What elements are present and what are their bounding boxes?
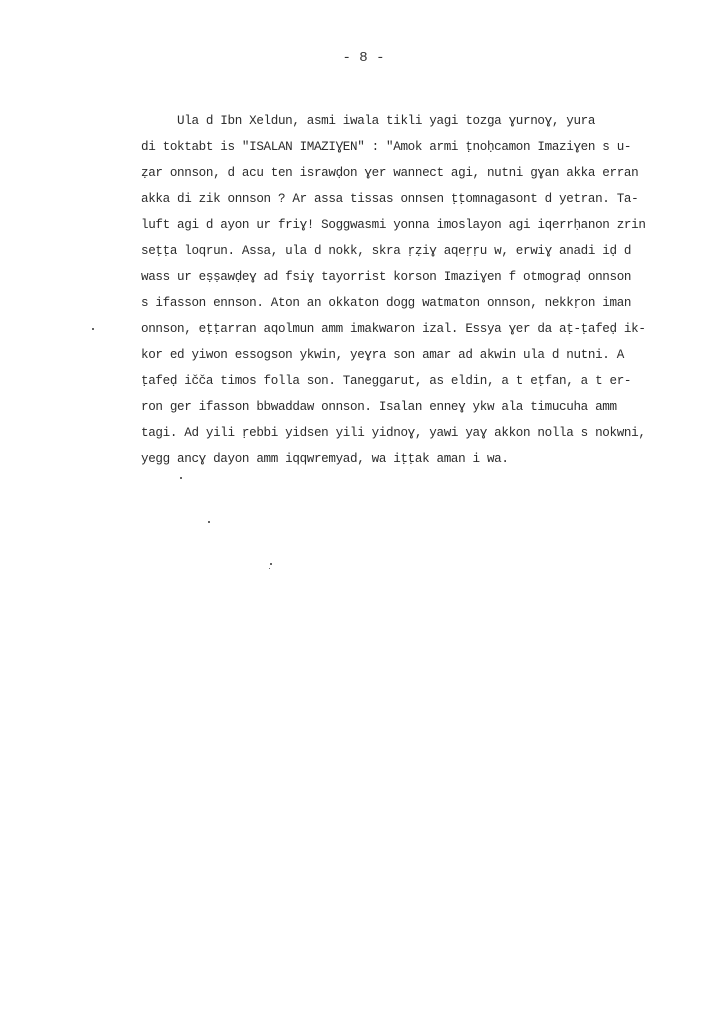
scan-speck [269, 568, 270, 569]
paragraph-line: ron ger ifasson bbwaddaw onnson. Isalan … [141, 394, 701, 420]
paragraph-line: luft agi d ayon ur friɣ! Soggwasmi yonna… [141, 212, 701, 238]
scan-speck [92, 328, 94, 330]
paragraph-line: wass ur eṣṣawḍeɣ ad fsiɣ tayorrist korso… [141, 264, 701, 290]
paragraph-line: kor ed yiwon essogson ykwin, yeɣra son a… [141, 342, 701, 368]
paragraph-line: ṭafeḍ iččа timos folla son. Taneggarut, … [141, 368, 701, 394]
paragraph-line: onnson, eṭṭarran aqolmun amm imakwaron i… [141, 316, 701, 342]
paragraph-line: Ula d Ibn Xeldun, asmi iwala tikli yagi … [141, 108, 701, 134]
page-number: - 8 - [0, 50, 727, 66]
scan-speck [180, 477, 182, 479]
typewritten-paragraph: Ula d Ibn Xeldun, asmi iwala tikli yagi … [141, 108, 701, 472]
paragraph-line: s ifasson ennson. Aton an okkaton dogg w… [141, 290, 701, 316]
paragraph-line: akka di zik onnson ? Ar assa tissas onns… [141, 186, 701, 212]
scan-speck [270, 563, 272, 565]
paragraph-line: yegg ancɣ dayon amm iqqwremyad, wa iṭṭak… [141, 446, 701, 472]
scan-speck [208, 521, 210, 523]
paragraph-line: di toktabt is "ISALAN IMAZIƔEN" : "Amok … [141, 134, 701, 160]
paragraph-line: ẓar onnson, d acu ten israwḍon ɣer wanne… [141, 160, 701, 186]
paragraph-line: tagi. Ad yili ṛebbi yidsen yili yidnoɣ, … [141, 420, 701, 446]
paragraph-line: seṭṭa loqrun. Assa, ula d nokk, skra ṛẓi… [141, 238, 701, 264]
